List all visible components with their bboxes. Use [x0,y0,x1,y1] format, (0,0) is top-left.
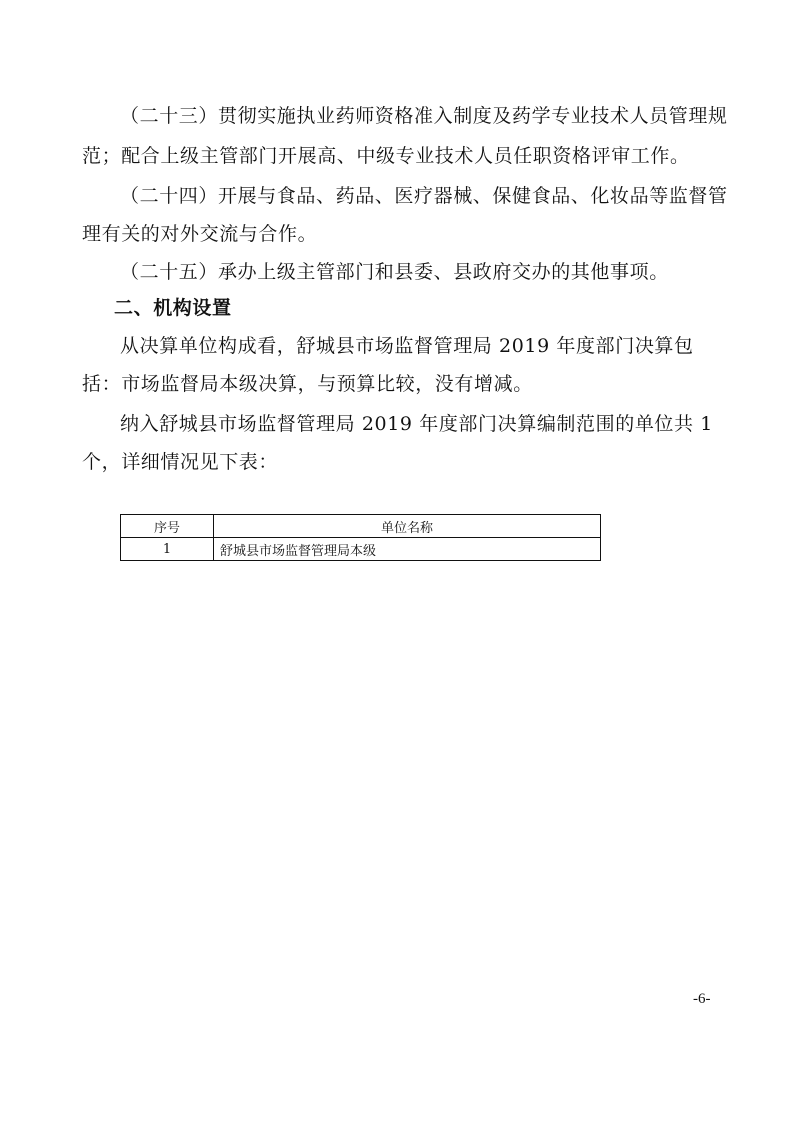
header-unit-name: 单位名称 [214,515,601,538]
section-para-2-line-2: 个，详细情况见下表： [82,450,278,474]
para-24-line-2: 理有关的对外交流与合作。 [82,222,317,246]
section-para-1-line-2: 括：市场监督局本级决算，与预算比较，没有增减。 [82,372,533,396]
section-para-2-line-1: 纳入舒城县市场监督管理局 2019 年度部门决算编制范围的单位共 1 [120,412,713,436]
para-24-line-1: （二十四）开展与食品、药品、医疗器械、保健食品、化妆品等监督管 [120,184,728,208]
para-23-line-2: 范；配合上级主管部门开展高、中级专业技术人员任职资格评审工作。 [82,144,690,168]
table-row: 1 舒城县市场监督管理局本级 [121,538,601,561]
page-number: -6- [693,991,711,1008]
section-heading: 二、机构设置 [114,296,232,320]
cell-unit-name: 舒城县市场监督管理局本级 [214,538,601,561]
units-table: 序号 单位名称 1 舒城县市场监督管理局本级 [120,514,601,561]
cell-index: 1 [121,538,214,561]
para-23-line-1: （二十三）贯彻实施执业药师资格准入制度及药学专业技术人员管理规 [120,104,728,128]
table-header-row: 序号 单位名称 [121,515,601,538]
section-para-1-line-1: 从决算单位构成看，舒城县市场监督管理局 2019 年度部门决算包 [120,334,694,358]
para-25-line-1: （二十五）承办上级主管部门和县委、县政府交办的其他事项。 [120,260,669,284]
header-index: 序号 [121,515,214,538]
